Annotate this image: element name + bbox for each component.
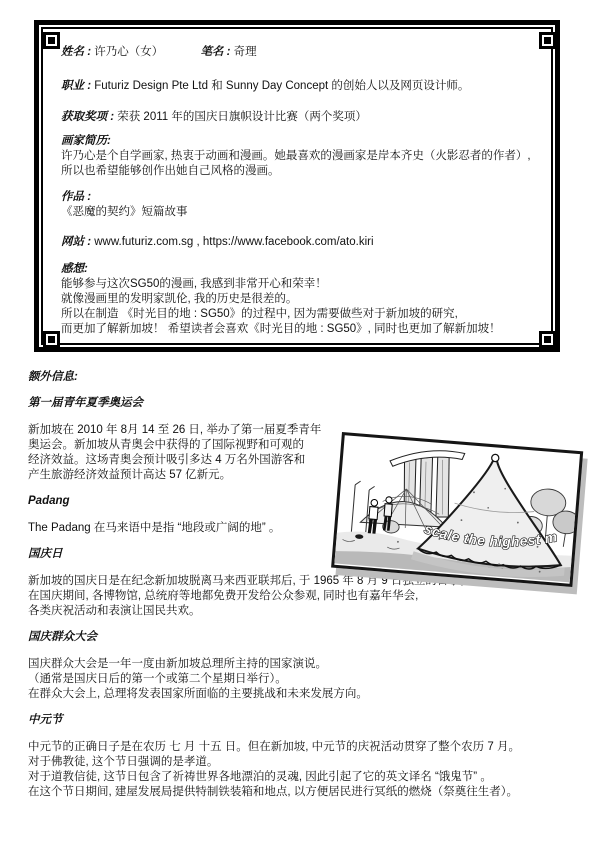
- cone-knob: [491, 454, 499, 462]
- bio-line: 所以也希望能够创作出她自己风格的漫画。: [61, 164, 546, 179]
- section-line: 各类庆祝活动和表演让国民共欢。: [28, 604, 588, 619]
- section-title: 国庆群众大会: [28, 630, 588, 645]
- works-block: 作品 : 《恶魔的契约》短篇故事: [61, 190, 546, 220]
- frame-corner-ornament-top-left: [43, 32, 60, 49]
- section-line: 在群众大会上, 总理将发表国家所面临的主要挑战和未来发展方向。: [28, 687, 588, 702]
- website-value: www.futuriz.com.sg , https://www.faceboo…: [94, 236, 373, 248]
- section-line: 在这个节日期间, 建屋发展局提供特制铁装箱和地点, 以方便居民进行冥纸的燃烧（祭…: [28, 785, 588, 800]
- section-line: 对于道教信徒, 这节日包含了祈祷世界各地漂泊的灵魂, 因此引起了它的英文译名 “…: [28, 770, 588, 785]
- thoughts-block: 感想: 能够参与这次SG50的漫画, 我感到非常开心和荣幸！就像漫画里的发明家凯…: [61, 262, 546, 337]
- comic-panel-illustration: scale the highest mou: [331, 432, 583, 587]
- thoughts-line: 就像漫画里的发明家凯伦, 我的历史是很差的。: [61, 292, 546, 307]
- frame-corner-ornament-bottom-left: [43, 331, 60, 348]
- occupation-label: 职业 :: [61, 80, 91, 92]
- penname-label: 笔名 :: [200, 46, 230, 58]
- bio-line: 许乃心是个自学画家, 热衷于动画和漫画。她最喜欢的漫画家是岸本齐史（火影忍者的作…: [61, 149, 546, 164]
- section-line: 对于佛教徒, 这个节日强调的是孝道。: [28, 755, 588, 770]
- thoughts-line: 所以在制造 《时光目的地 : SG50》的过程中, 因为需要做些对于新加坡的研究…: [61, 307, 546, 322]
- works-value: 《恶魔的契约》短篇故事: [61, 205, 546, 220]
- section-body: 国庆群众大会是一年一度由新加坡总理所主持的国家演说。（通常是国庆日后的第一个或第…: [28, 657, 588, 702]
- thoughts-line: 而更加了解新加坡！ 希望读者会喜欢《时光目的地 : SG50》, 同时也更加了解…: [61, 322, 546, 337]
- section-body: 中元节的正确日子是在农历 七 月 十五 日。但在新加坡, 中元节的庆祝活动贯穿了…: [28, 740, 588, 800]
- profile-card: 姓名 : 许乃心（女） 笔名 : 奇理 职业 : Futuriz Design …: [61, 45, 546, 337]
- awards-row: 获取奖项 : 荣获 2011 年的国庆日旗帜设计比赛（两个奖项）: [61, 110, 546, 125]
- thoughts-lines: 能够参与这次SG50的漫画, 我感到非常开心和荣幸！就像漫画里的发明家凯伦, 我…: [61, 277, 546, 337]
- extra-info: 额外信息: 第一届青年夏季奥运会 新加坡在 2010 年 8月 14 至 26 …: [28, 370, 588, 800]
- name-value: 许乃心（女）: [94, 46, 163, 58]
- penname-value: 奇理: [234, 46, 257, 58]
- name-row: 姓名 : 许乃心（女） 笔名 : 奇理: [61, 45, 546, 60]
- thoughts-line: 能够参与这次SG50的漫画, 我感到非常开心和荣幸！: [61, 277, 546, 292]
- section-title: 第一届青年夏季奥运会: [28, 396, 588, 411]
- section-line: 国庆群众大会是一年一度由新加坡总理所主持的国家演说。: [28, 657, 588, 672]
- bio-lines: 许乃心是个自学画家, 热衷于动画和漫画。她最喜欢的漫画家是岸本齐史（火影忍者的作…: [61, 149, 546, 179]
- profile-card-frame: 姓名 : 许乃心（女） 笔名 : 奇理 职业 : Futuriz Design …: [34, 20, 560, 352]
- section-line: 在国庆期间, 各博物馆, 总统府等地都免费开发给公众参观, 同时也有嘉年华会,: [28, 589, 588, 604]
- website-row: 网站 : www.futuriz.com.sg , https://www.fa…: [61, 235, 546, 250]
- website-label: 网站 :: [61, 236, 91, 248]
- bio-heading: 画家简历:: [61, 134, 546, 149]
- section-hungry-ghost-festival: 中元节 中元节的正确日子是在农历 七 月 十五 日。但在新加坡, 中元节的庆祝活…: [28, 713, 588, 800]
- frame-corner-ornament-top-right: [539, 32, 556, 49]
- extra-info-heading: 额外信息:: [28, 370, 588, 385]
- section-line: 中元节的正确日子是在农历 七 月 十五 日。但在新加坡, 中元节的庆祝活动贯穿了…: [28, 740, 588, 755]
- awards-label: 获取奖项 :: [61, 111, 114, 123]
- thoughts-heading: 感想:: [61, 262, 546, 277]
- occupation-value: Futuriz Design Pte Ltd 和 Sunny Day Conce…: [94, 80, 469, 92]
- occupation-row: 职业 : Futuriz Design Pte Ltd 和 Sunny Day …: [61, 79, 546, 94]
- bio-block: 画家简历: 许乃心是个自学画家, 热衷于动画和漫画。她最喜欢的漫画家是岸本齐史（…: [61, 134, 546, 179]
- section-title: 中元节: [28, 713, 588, 728]
- works-label: 作品 :: [61, 190, 546, 205]
- section-line: （通常是国庆日后的第一个或第二个星期日举行）。: [28, 672, 588, 687]
- awards-value: 荣获 2011 年的国庆日旗帜设计比赛（两个奖项）: [117, 111, 367, 123]
- comic-panel-scene: scale the highest mou: [334, 435, 580, 584]
- name-label: 姓名 :: [61, 46, 91, 58]
- frame-corner-ornament-bottom-right: [539, 331, 556, 348]
- section-line: 新加坡在 2010 年 8月 14 至 26 日, 举办了第一届夏季青年: [28, 423, 588, 438]
- section-national-day-rally: 国庆群众大会 国庆群众大会是一年一度由新加坡总理所主持的国家演说。（通常是国庆日…: [28, 630, 588, 702]
